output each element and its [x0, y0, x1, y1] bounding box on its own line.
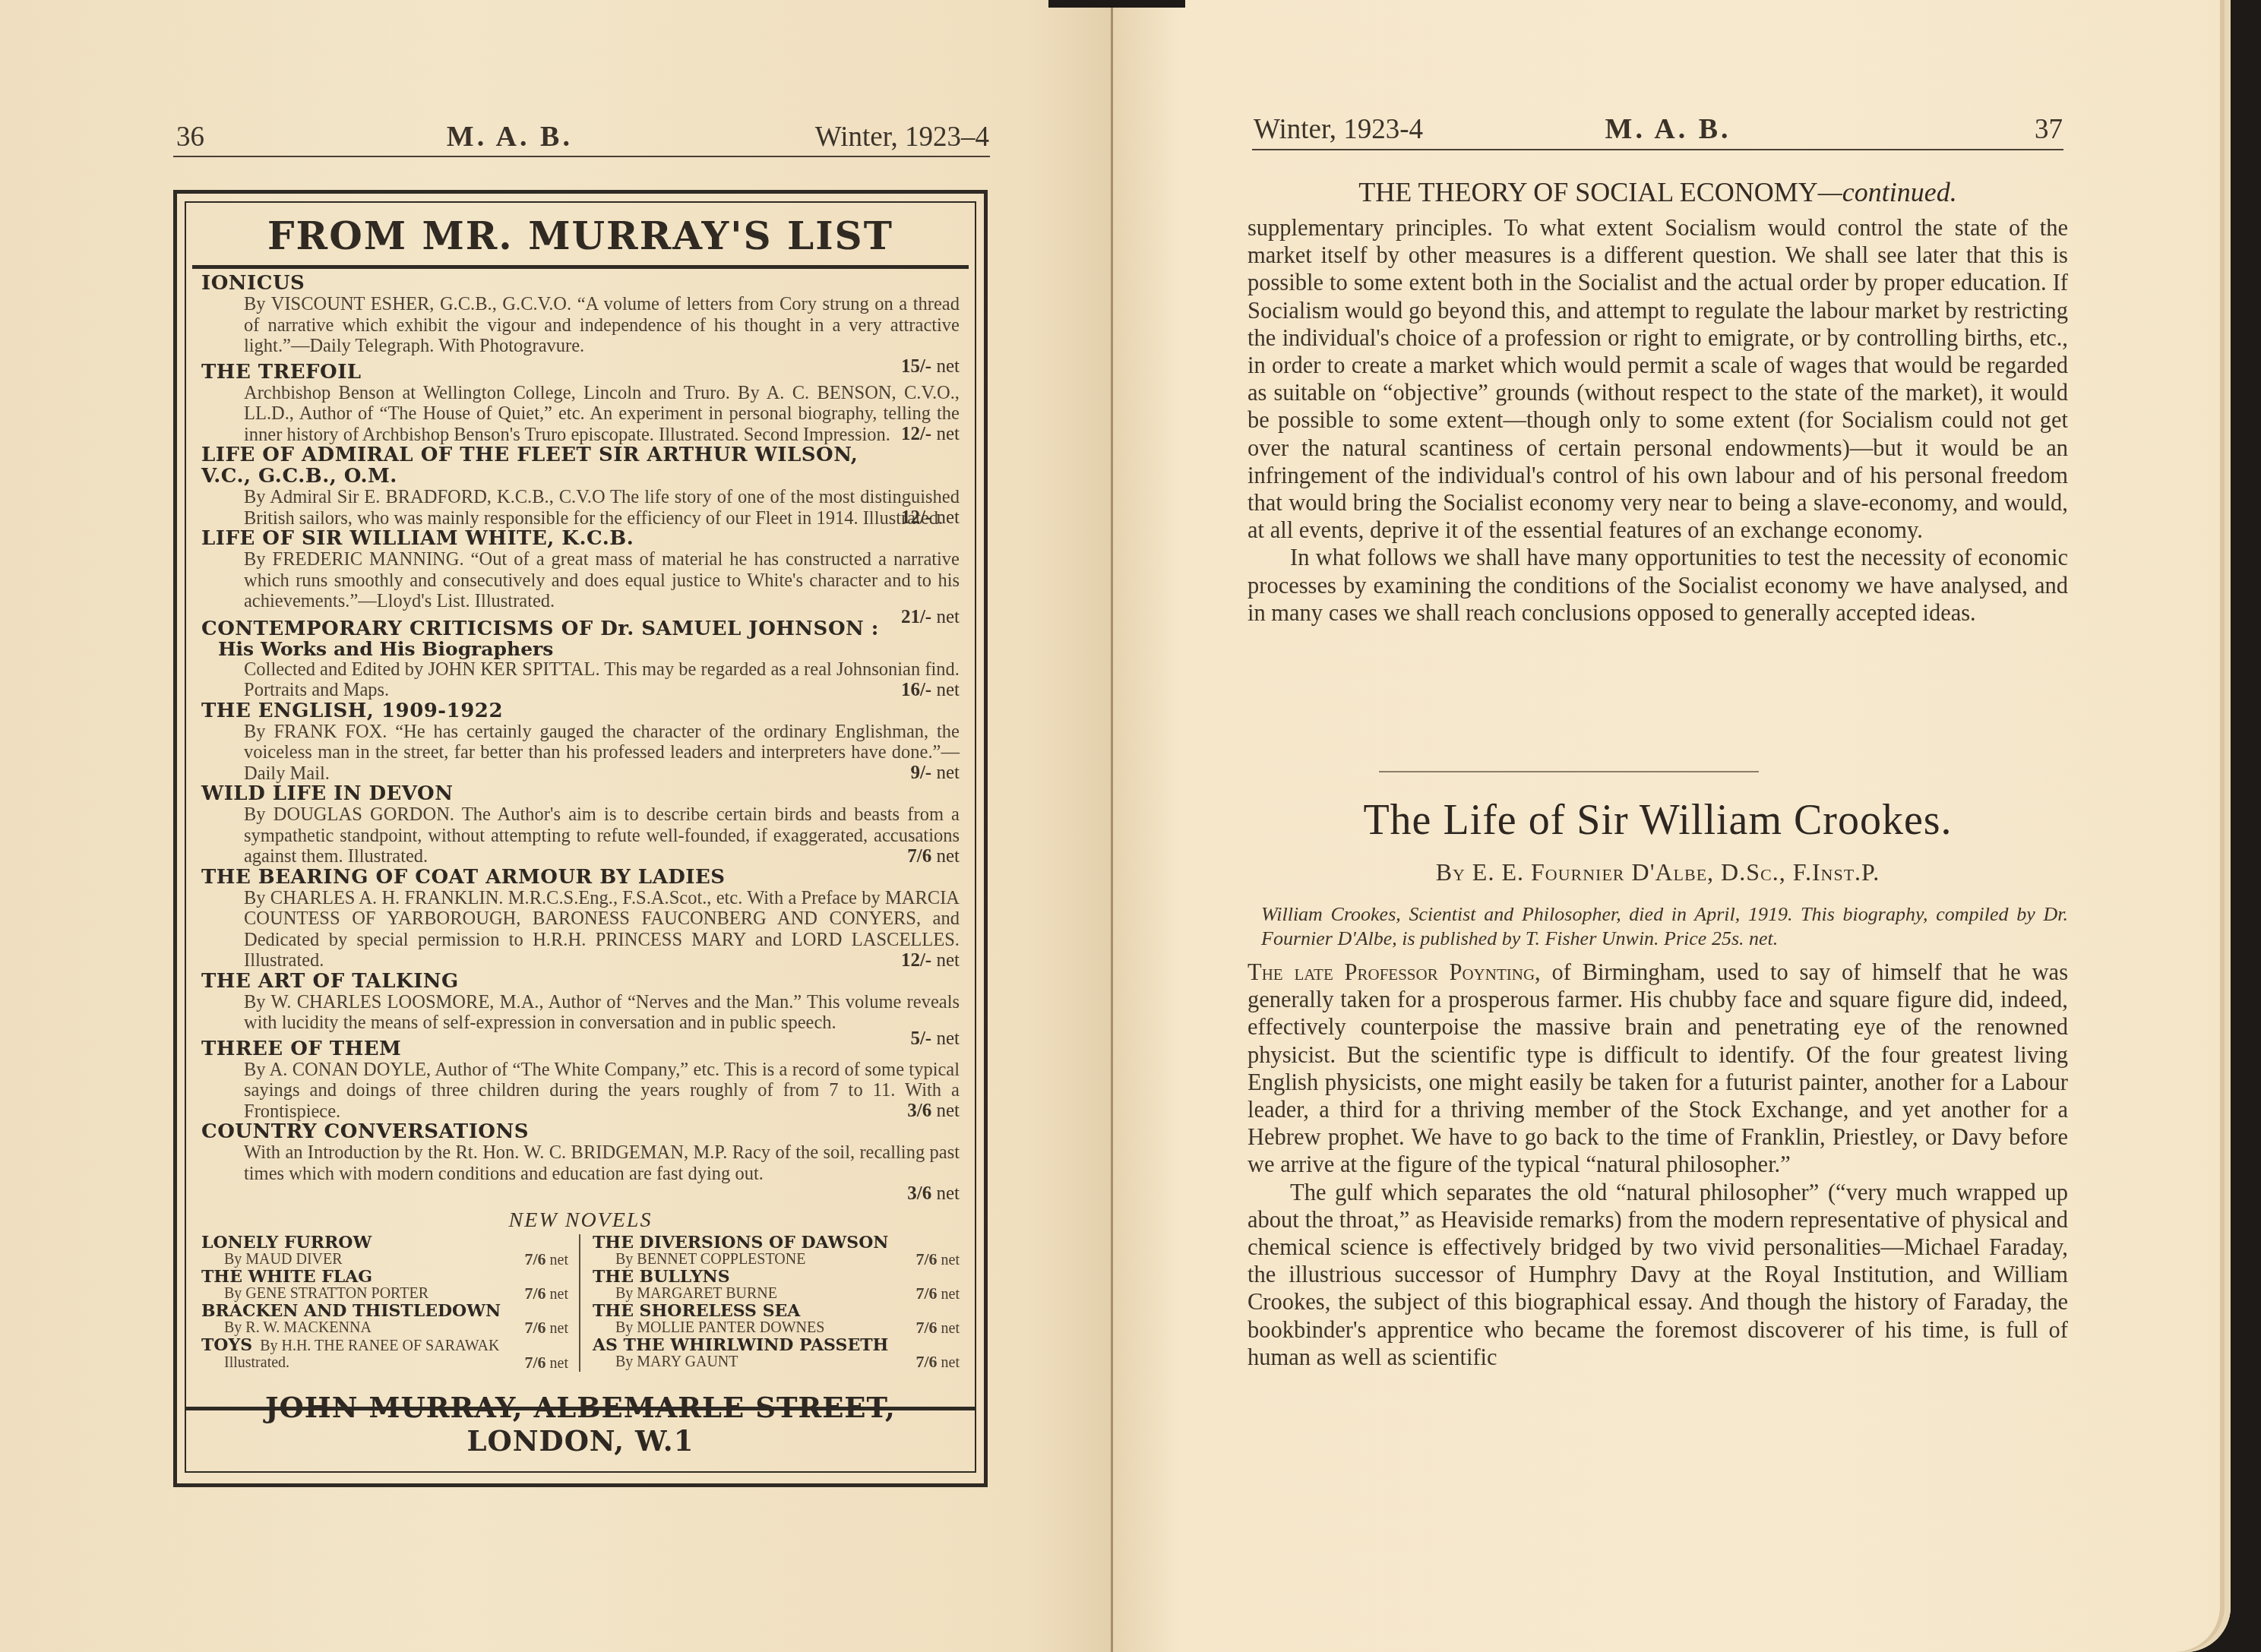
advertisement-box: FROM MR. MURRAY'S LIST IONICUS By VISCOU…: [173, 190, 988, 1487]
paragraph: In what follows we shall have many oppor…: [1248, 544, 2068, 627]
novel-title: THE WHITE FLAG: [201, 1268, 568, 1285]
novel-title: AS THE WHIRLWIND PASSETH: [593, 1337, 960, 1354]
novel-entry: AS THE WHIRLWIND PASSETH By MARY GAUNT7/…: [593, 1337, 960, 1371]
book-description: By Admiral Sir E. BRADFORD, K.C.B., C.V.…: [201, 487, 960, 529]
novel-title: LONELY FURROW: [201, 1234, 568, 1251]
book-title: LIFE OF ADMIRAL OF THE FLEET SIR ARTHUR …: [201, 444, 960, 487]
article-title: The Life of Sir William Crookes.: [1248, 796, 2068, 845]
novel-author: By MOLLIE PANTER DOWNES: [615, 1319, 824, 1337]
book-entry: THE ENGLISH, 1909-1922 By FRANK FOX. “He…: [201, 700, 960, 784]
novel-entry: BRACKEN AND THISTLEDOWN By R. W. MACKENN…: [201, 1303, 568, 1337]
book-entry: THREE OF THEM By A. CONAN DOYLE, Author …: [201, 1038, 960, 1122]
book-spread: 36 M. A. B. Winter, 1923–4 FROM MR. MURR…: [0, 0, 2234, 1652]
magazine-title: M. A. B.: [447, 120, 573, 153]
novel-price: 7/6 net: [524, 1354, 568, 1372]
novel-entry: THE DIVERSIONS OF DAWSON By BENNET COPPL…: [593, 1234, 960, 1268]
novel-entry: TOYS By H.H. THE RANEE OF SARAWAK Illust…: [201, 1337, 568, 1372]
book-title: LIFE OF SIR WILLIAM WHITE, K.C.B.: [201, 528, 960, 549]
section-heading: THE THEORY OF SOCIAL ECONOMY—continued.: [1248, 176, 2068, 208]
book-entry: THE TREFOIL Archbishop Benson at Welling…: [201, 362, 960, 445]
novel-author: By H.H. THE RANEE OF SARAWAK: [260, 1338, 499, 1354]
novel-author: By MAUD DIVER: [224, 1251, 343, 1268]
novel-title: BRACKEN AND THISTLEDOWN: [201, 1303, 568, 1319]
novel-price: 7/6 net: [524, 1319, 568, 1337]
book-title: THE TREFOIL: [201, 362, 960, 383]
left-running-head: 36 M. A. B. Winter, 1923–4: [176, 120, 989, 153]
novel-price: 7/6 net: [524, 1285, 568, 1303]
publisher-address: JOHN MURRAY, ALBEMARLE STREET, LONDON, W…: [186, 1391, 975, 1458]
book-description: By FREDERIC MANNING. “Out of a great mas…: [201, 549, 960, 612]
continued-article-text: supplementary principles. To what extent…: [1248, 214, 2068, 627]
novel-author: By MARY GAUNT: [615, 1354, 738, 1371]
article-byline: By E. E. Fournier D'Albe, D.Sc., F.Inst.…: [1248, 858, 2068, 886]
book-list: IONICUS By VISCOUNT ESHER, G.C.B., G.C.V…: [201, 273, 960, 1372]
page-number: 37: [2035, 113, 2063, 146]
novel-entry: THE WHITE FLAG By GENE STRATTON PORTER7/…: [201, 1268, 568, 1303]
right-running-head: Winter, 1923-4 M. A. B. 37: [1254, 112, 2063, 146]
novel-author: By R. W. MACKENNA: [224, 1319, 372, 1337]
novel-title: THE DIVERSIONS OF DAWSON: [593, 1234, 960, 1251]
advertisement-inner-border: FROM MR. MURRAY'S LIST IONICUS By VISCOU…: [185, 201, 976, 1473]
novel-title: TOYS: [201, 1335, 252, 1355]
novels-column-right: THE DIVERSIONS OF DAWSON By BENNET COPPL…: [580, 1234, 960, 1372]
advert-title: FROM MR. MURRAY'S LIST: [186, 213, 975, 258]
issue-date: Winter, 1923-4: [1254, 113, 1423, 146]
novel-author: By BENNET COPPLESTONE: [615, 1251, 805, 1268]
book-description: With an Introduction by the Rt. Hon. W. …: [201, 1142, 960, 1184]
book-entry: COUNTRY CONVERSATIONS With an Introducti…: [201, 1121, 960, 1204]
novels-column-left: LONELY FURROW By MAUD DIVER7/6 net THE W…: [201, 1234, 580, 1372]
novel-entry: LONELY FURROW By MAUD DIVER7/6 net: [201, 1234, 568, 1268]
book-title: THE BEARING OF COAT ARMOUR BY LADIES: [201, 867, 960, 888]
issue-date: Winter, 1923–4: [815, 121, 989, 153]
book-title: CONTEMPORARY CRITICISMS OF Dr. SAMUEL JO…: [201, 618, 960, 640]
book-title: THE ENGLISH, 1909-1922: [201, 700, 960, 722]
book-subtitle: His Works and His Biographers: [201, 640, 960, 659]
running-head-rule: [173, 156, 990, 157]
book-entry: CONTEMPORARY CRITICISMS OF Dr. SAMUEL JO…: [201, 618, 960, 700]
section-divider: [1379, 771, 1759, 772]
novel-title: THE SHORELESS SEA: [593, 1303, 960, 1319]
book-entry: LIFE OF ADMIRAL OF THE FLEET SIR ARTHUR …: [201, 444, 960, 528]
paragraph: supplementary principles. To what extent…: [1248, 214, 2068, 544]
book-description: By VISCOUNT ESHER, G.C.B., G.C.V.O. “A v…: [201, 294, 960, 357]
novel-entry: THE SHORELESS SEA By MOLLIE PANTER DOWNE…: [593, 1303, 960, 1337]
article-note: William Crookes, Scientist and Philosoph…: [1261, 902, 2068, 951]
book-price: 3/6 net: [201, 1184, 960, 1204]
article-body: The late Professor Poynting, of Birmingh…: [1248, 959, 2068, 1371]
novel-price: 7/6 net: [915, 1354, 960, 1371]
magazine-title: M. A. B.: [1605, 112, 1731, 146]
running-head-rule: [1252, 149, 2063, 150]
paragraph: The gulf which separates the old “natura…: [1248, 1179, 2068, 1371]
book-title: THE ART OF TALKING: [201, 971, 960, 992]
paragraph: The late Professor Poynting, of Birmingh…: [1248, 959, 2068, 1179]
binding-edge: [1048, 0, 1185, 8]
book-title: COUNTRY CONVERSATIONS: [201, 1121, 960, 1142]
novel-price: 7/6 net: [915, 1251, 960, 1268]
novel-note: Illustrated.: [224, 1354, 289, 1372]
new-novels-list: LONELY FURROW By MAUD DIVER7/6 net THE W…: [201, 1234, 960, 1372]
book-entry: LIFE OF SIR WILLIAM WHITE, K.C.B. By FRE…: [201, 528, 960, 627]
book-entry: THE BEARING OF COAT ARMOUR BY LADIES By …: [201, 867, 960, 971]
title-rule: [192, 265, 969, 269]
page-number: 36: [176, 121, 204, 153]
novel-price: 7/6 net: [915, 1319, 960, 1337]
novel-author: By MARGARET BURNE: [615, 1285, 777, 1303]
book-description: By W. CHARLES LOOSMORE, M.A., Author of …: [201, 992, 960, 1034]
novel-title: THE BULLYNS: [593, 1268, 960, 1285]
novel-entry: THE BULLYNS By MARGARET BURNE7/6 net: [593, 1268, 960, 1303]
novel-price: 7/6 net: [524, 1251, 568, 1268]
book-title: THREE OF THEM: [201, 1038, 960, 1060]
book-entry: WILD LIFE IN DEVON By DOUGLAS GORDON. Th…: [201, 783, 960, 867]
book-title: IONICUS: [201, 273, 960, 294]
left-page: 36 M. A. B. Winter, 1923–4 FROM MR. MURR…: [0, 0, 1114, 1652]
book-title: WILD LIFE IN DEVON: [201, 783, 960, 804]
book-gutter: [1111, 0, 1113, 1652]
book-description: Archbishop Benson at Wellington College,…: [201, 383, 960, 446]
novel-price: 7/6 net: [915, 1285, 960, 1303]
novel-author: By GENE STRATTON PORTER: [224, 1285, 428, 1303]
new-novels-heading: NEW NOVELS: [201, 1208, 960, 1233]
lead-in: The late Professor Poynting,: [1248, 959, 1541, 985]
